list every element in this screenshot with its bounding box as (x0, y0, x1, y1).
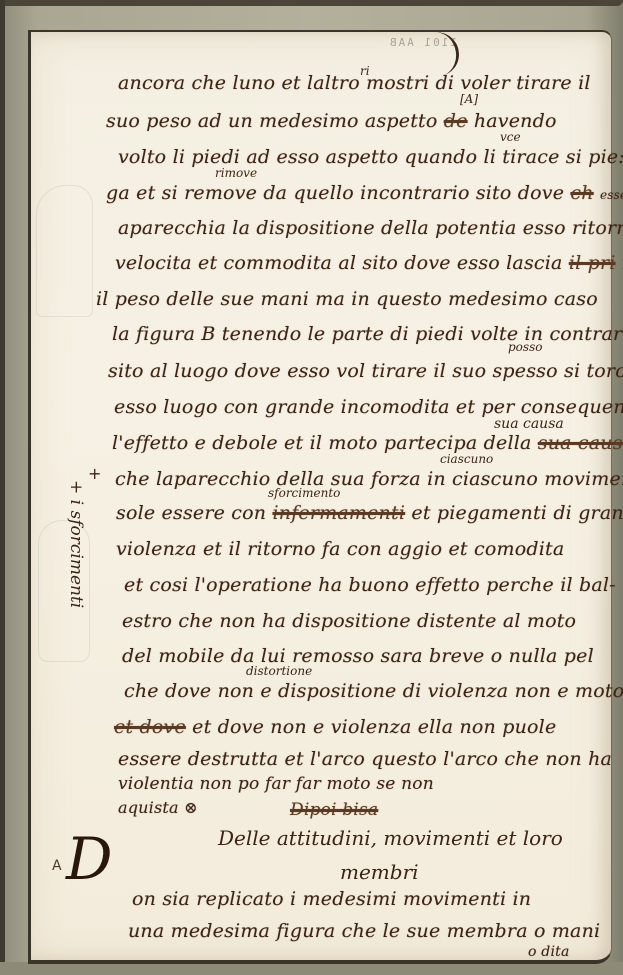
text-line: et cosi l'operatione ha buono effetto pe… (124, 574, 616, 596)
line-text: che dove non e dispositione di violenza … (124, 680, 623, 702)
text-line: ancora che luno et laltro mostri di vole… (118, 72, 591, 94)
text-line: che dove non e dispositione di violenza … (124, 680, 623, 702)
interlinear-note: ri (360, 64, 370, 78)
line-text: volto li piedi ad esso aspetto quando li… (118, 146, 623, 168)
line-text: l'effetto e debole et il moto partecipa … (112, 432, 532, 454)
interlinear-note: posso (508, 340, 542, 354)
struck-text: sua causa (538, 432, 623, 454)
struck-text: il pri (569, 252, 616, 274)
line-text: la figura B tenendo le parte di piedi vo… (112, 323, 623, 345)
line-text: una medesima figura che le sue membra o … (128, 920, 600, 942)
text-line: esso luogo con grande incomodita et per … (114, 396, 623, 418)
line-text: et piegamenti di gran (411, 502, 623, 524)
interlinear-note: sua causa (494, 416, 564, 432)
text-line: il peso delle sue mani ma in questo mede… (96, 288, 598, 310)
text-line: la figura B tenendo le parte di piedi vo… (112, 323, 623, 345)
cross-circle-symbol-icon: ⊗ (184, 798, 198, 817)
line-text: essere destrutta et l'arco questo l'arco… (118, 748, 612, 770)
text-line: sito al luogo dove esso vol tirare il su… (108, 360, 623, 382)
manuscript-text: ancora che luno et laltro mostri di vole… (0, 0, 623, 975)
line-text: ga et si remove da quello incontrario si… (106, 182, 564, 204)
text-line: che laparecchio della sua forza in ciasc… (115, 468, 623, 490)
line-text: et cosi l'operatione ha buono effetto pe… (124, 574, 616, 596)
line-text: havendo (474, 110, 557, 132)
line-text: on sia replicato i medesimi movimenti in (132, 888, 531, 910)
plus-mark: + (88, 464, 101, 483)
struck-text: ch (570, 182, 593, 204)
struck-text: de (444, 110, 468, 132)
drop-cap: D (66, 830, 113, 888)
line-text: del mobile da lui remosso sara breve o n… (122, 645, 594, 667)
line-text: estro che non ha dispositione distente a… (122, 610, 576, 632)
line-text: sito al luogo dove esso vol tirare il su… (108, 360, 623, 382)
section-heading: Delle attitudini, movimenti et loro (218, 826, 563, 850)
section-heading-cont: membri (340, 860, 419, 884)
text-line: volto li piedi ad esso aspetto quando li… (118, 146, 623, 168)
line-text: aquista (118, 798, 179, 817)
line-text: violenza et il ritorno fa con aggio et c… (116, 538, 564, 560)
text-line: violentia non po far far moto se non (118, 774, 434, 794)
text-line: una medesima figura che le sue membra o … (128, 920, 600, 942)
interlinear-note: ciascuno (440, 452, 493, 466)
margin-vertical-note: + i sforcimenti (66, 480, 86, 608)
text-line: velocita et commodita al sito dove esso … (115, 252, 623, 274)
interlinear-note: distortione (246, 664, 312, 678)
struck-line: Dipoi bisa (290, 800, 378, 820)
interlinear-note: [A] (460, 92, 478, 106)
line-text: il peso delle sue mani ma in questo mede… (96, 288, 598, 310)
text-line: l'effetto e debole et il moto partecipa … (112, 432, 623, 454)
text-line: suo peso ad un medesimo aspetto de haven… (106, 110, 557, 132)
side-label: A (52, 858, 62, 874)
text-line: aparecchia la dispositione della potenti… (118, 217, 623, 239)
text-line: estro che non ha dispositione distente a… (122, 610, 576, 632)
line-text: ancora che luno et laltro mostri di vole… (118, 72, 591, 94)
text-line: del mobile da lui remosso sara breve o n… (122, 645, 594, 667)
line-text: esso luogo con grande incomodita et per … (114, 396, 623, 418)
text-line: et dove et dove non e violenza ella non … (114, 716, 556, 738)
struck-text: Dipoi bisa (290, 800, 378, 820)
line-text: che laparecchio della sua forza in ciasc… (115, 468, 623, 490)
interlinear-note: vce (500, 130, 521, 144)
struck-text: infermamenti (272, 502, 405, 524)
line-text: esse (600, 188, 623, 202)
text-line: essere destrutta et l'arco questo l'arco… (118, 748, 612, 770)
line-text: et dove non e violenza ella non puole (192, 716, 556, 738)
line-text: suo peso ad un medesimo aspetto (106, 110, 438, 132)
text-line: on sia replicato i medesimi movimenti in (132, 888, 531, 910)
text-line: aquista ⊗ (118, 798, 198, 817)
text-line: ga et si remove da quello incontrario si… (106, 182, 623, 204)
line-text: o dita (528, 944, 570, 960)
line-text: violentia non po far far moto se non (118, 774, 434, 794)
interlinear-note: sforcimento (268, 486, 340, 500)
text-line: violenza et il ritorno fa con aggio et c… (116, 538, 564, 560)
struck-text: et dove (114, 716, 186, 738)
line-text: velocita et commodita al sito dove esso … (115, 252, 563, 274)
line-text: sole essere con (116, 502, 266, 524)
interlinear-note: rimove (215, 166, 257, 180)
text-line: o dita (528, 944, 570, 960)
text-line: sole essere con infermamenti et piegamen… (116, 502, 623, 524)
line-text: aparecchia la dispositione della potenti… (118, 217, 623, 239)
